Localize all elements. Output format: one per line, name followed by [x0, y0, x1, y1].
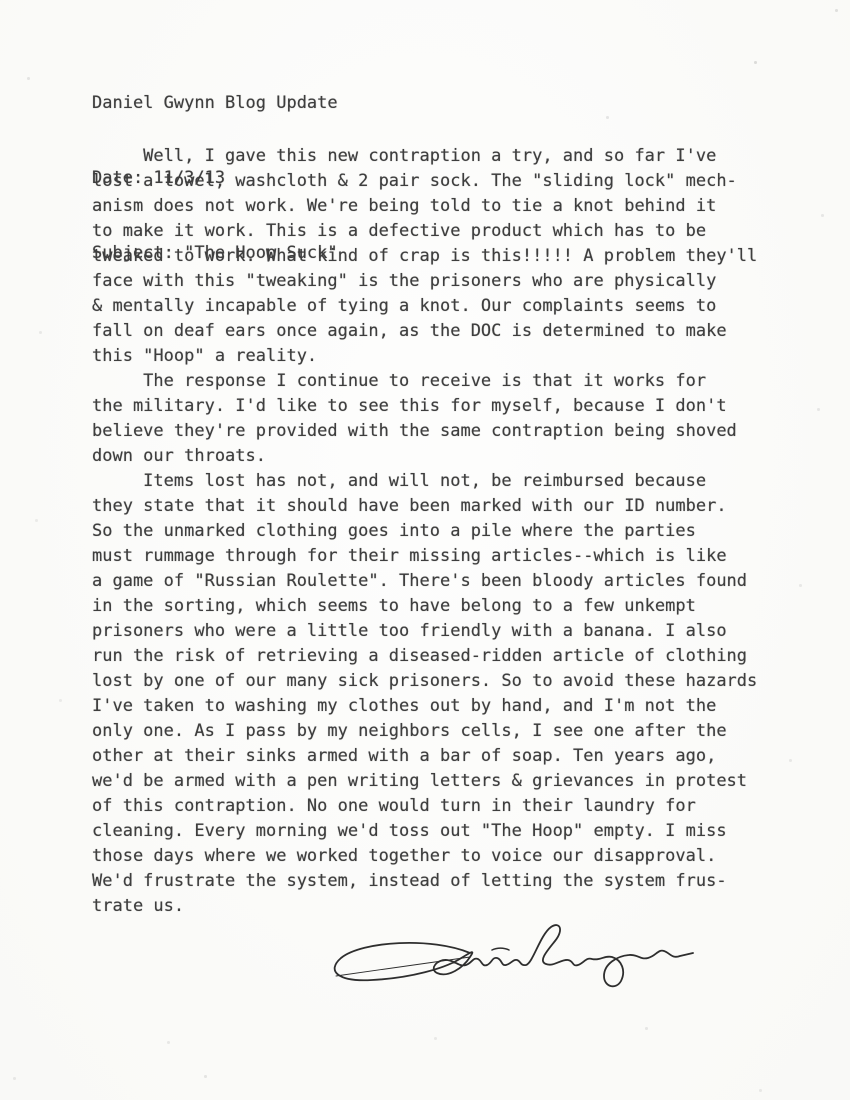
text-line: tweaked to work. What kind of crap is th…: [92, 244, 757, 269]
text-line: The response I continue to receive is th…: [92, 369, 757, 394]
letter-body: Well, I gave this new contraption a try,…: [92, 144, 757, 919]
text-line: believe they're provided with the same c…: [92, 419, 757, 444]
text-line: & mentally incapable of tying a knot. Ou…: [92, 294, 757, 319]
text-line: we'd be armed with a pen writing letters…: [92, 769, 757, 794]
text-line: the military. I'd like to see this for m…: [92, 394, 757, 419]
text-line: lost by one of our many sick prisoners. …: [92, 669, 757, 694]
signature-scrawl: [320, 915, 720, 1015]
text-line: lost a towel, washcloth & 2 pair sock. T…: [92, 169, 757, 194]
text-line: Items lost has not, and will not, be rei…: [92, 469, 757, 494]
text-line: fall on deaf ears once again, as the DOC…: [92, 319, 757, 344]
text-line: must rummage through for their missing a…: [92, 544, 757, 569]
text-line: We'd frustrate the system, instead of le…: [92, 869, 757, 894]
text-line: this "Hoop" a reality.: [92, 344, 757, 369]
text-line: a game of "Russian Roulette". There's be…: [92, 569, 757, 594]
text-line: in the sorting, which seems to have belo…: [92, 594, 757, 619]
header-title: Daniel Gwynn Blog Update: [92, 91, 338, 116]
text-line: only one. As I pass by my neighbors cell…: [92, 719, 757, 744]
text-line: other at their sinks armed with a bar of…: [92, 744, 757, 769]
text-line: cleaning. Every morning we'd toss out "T…: [92, 819, 757, 844]
text-line: those days where we worked together to v…: [92, 844, 757, 869]
text-line: I've taken to washing my clothes out by …: [92, 694, 757, 719]
text-line: of this contraption. No one would turn i…: [92, 794, 757, 819]
text-line: they state that it should have been mark…: [92, 494, 757, 519]
scan-noise: [0, 0, 1, 1]
text-line: down our throats.: [92, 444, 757, 469]
signature-icon: [320, 915, 720, 1015]
text-line: run the risk of retrieving a diseased-ri…: [92, 644, 757, 669]
text-line: So the unmarked clothing goes into a pil…: [92, 519, 757, 544]
text-line: face with this "tweaking" is the prisone…: [92, 269, 757, 294]
text-line: prisoners who were a little too friendly…: [92, 619, 757, 644]
text-line: anism does not work. We're being told to…: [92, 194, 757, 219]
scanned-letter-page: Daniel Gwynn Blog Update Date: 11/3/13 S…: [0, 0, 850, 1100]
text-line: Well, I gave this new contraption a try,…: [92, 144, 757, 169]
text-line: to make it work. This is a defective pro…: [92, 219, 757, 244]
